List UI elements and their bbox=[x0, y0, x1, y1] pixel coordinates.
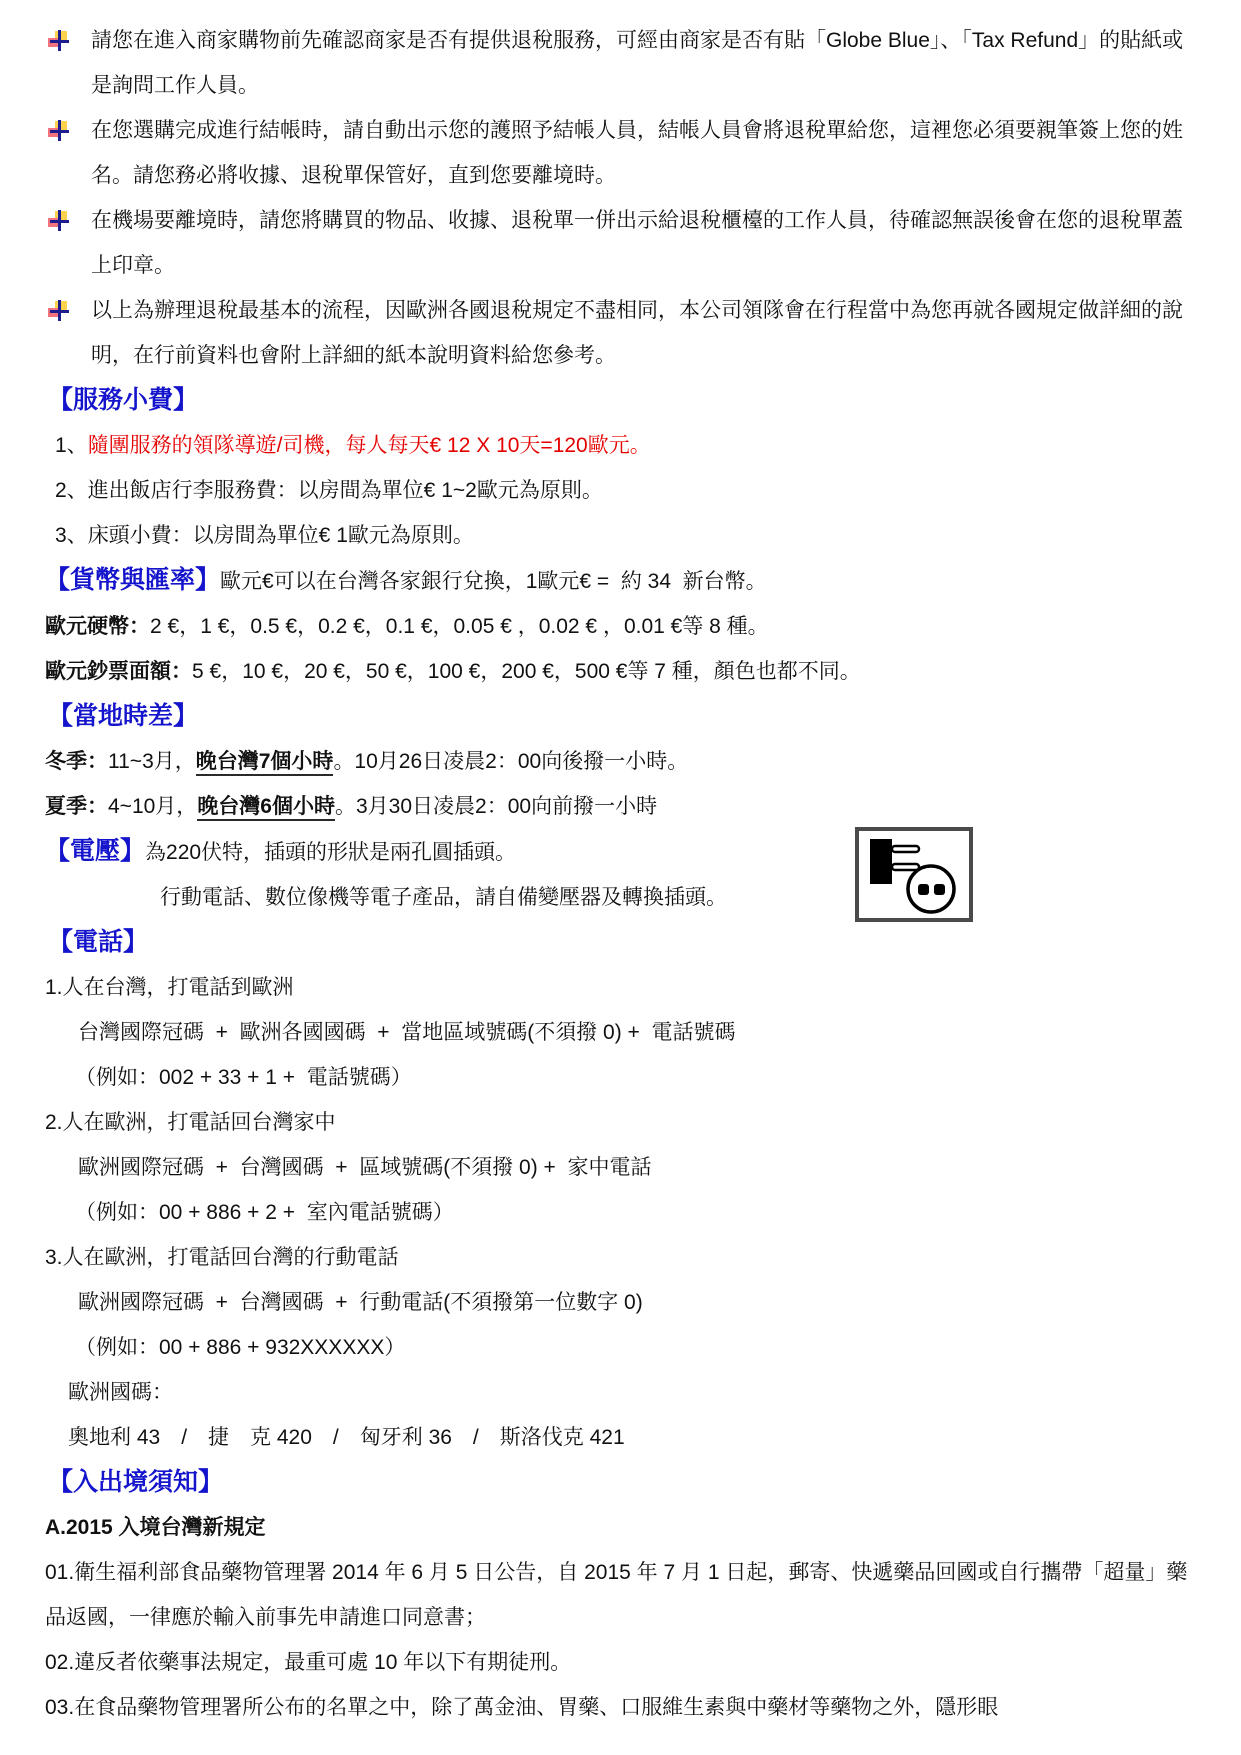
voltage-line2: 行動電話、數位像機等電子產品，請自備變壓器及轉換插頭。 bbox=[45, 875, 1201, 920]
section-heading-currency: 【貨幣與匯率】 bbox=[45, 566, 220, 594]
document-page: 請您在進入商家購物前先確認商家是否有提供退稅服務，可經由商家是否有貼「Globe… bbox=[0, 0, 1241, 1755]
phone-item-example: （例如：002 + 33 + 1 + 電話號碼） bbox=[45, 1055, 1201, 1100]
winter-label: 冬季： bbox=[45, 750, 108, 773]
entry-rule-item: 03.在食品藥物管理署所公布的名單之中，除了萬金油、胃藥、口服維生素與中藥材等藥… bbox=[45, 1685, 1201, 1730]
tax-refund-bullet: 以上為辦理退稅最基本的流程，因歐洲各國退稅規定不盡相同，本公司領隊會在行程當中為… bbox=[45, 288, 1201, 378]
summer-post: 。3月30日凌晨2：00向前撥一小時 bbox=[335, 795, 657, 818]
phone-item-title: 2.人在歐洲，打電話回台灣家中 bbox=[45, 1100, 1201, 1145]
tip-number: 1、 bbox=[55, 434, 88, 457]
entry-subheading: A.2015 入境台灣新規定 bbox=[45, 1505, 1201, 1550]
coins-text: 2 €，1 €，0.5 €，0.2 €，0.1 €，0.05 € ，0.02 €… bbox=[150, 615, 769, 638]
phone-item-example: （例如：00 + 886 + 2 + 室內電話號碼） bbox=[45, 1190, 1201, 1235]
winter-pre: 11~3月， bbox=[108, 750, 196, 773]
section-heading-voltage: 【電壓】 bbox=[45, 837, 145, 865]
service-tip-item: 3、床頭小費：以房間為單位€ 1歐元為原則。 bbox=[45, 513, 1201, 558]
entry-rule-item: 02.違反者依藥事法規定，最重可處 10 年以下有期徒刑。 bbox=[45, 1640, 1201, 1685]
tip-number: 2、 bbox=[55, 479, 88, 502]
voltage-text1: 為220伏特，插頭的形狀是兩孔圓插頭。 bbox=[145, 841, 516, 864]
tax-refund-bullet: 請您在進入商家購物前先確認商家是否有提供退稅服務，可經由商家是否有貼「Globe… bbox=[45, 18, 1201, 108]
europe-codes-label: 歐洲國碼： bbox=[45, 1370, 1201, 1415]
time-diff-winter-line: 冬季：11~3月，晚台灣7個小時。10月26日凌晨2：00向後撥一小時。 bbox=[45, 739, 1201, 784]
tip-number: 3、 bbox=[55, 524, 88, 547]
section-heading-service-tips: 【服務小費】 bbox=[45, 378, 1201, 423]
bullet-marker-icon bbox=[47, 30, 70, 53]
currency-intro-text: 歐元€可以在台灣各家銀行兌換，1歐元€ = 約 34 新台幣。 bbox=[220, 570, 767, 593]
entry-rule-item: 01.衛生福利部食品藥物管理署 2014 年 6 月 5 日公告，自 2015 … bbox=[45, 1550, 1201, 1640]
bullet-marker-icon bbox=[47, 210, 70, 233]
winter-post: 。10月26日凌晨2：00向後撥一小時。 bbox=[333, 750, 688, 773]
banknotes-label: 歐元鈔票面額： bbox=[45, 660, 192, 683]
bullet-marker-icon bbox=[47, 120, 70, 143]
summer-label: 夏季： bbox=[45, 795, 108, 818]
time-diff-summer-line: 夏季：4~10月，晚台灣6個小時。3月30日凌晨2：00向前撥一小時 bbox=[45, 784, 1201, 829]
service-tip-item: 1、隨團服務的領隊導遊/司機，每人每天€ 12 X 10天=120歐元。 bbox=[45, 423, 1201, 468]
bullet-marker-icon bbox=[47, 300, 70, 323]
voltage-line1: 【電壓】為220伏特，插頭的形狀是兩孔圓插頭。 bbox=[45, 829, 1201, 875]
tax-refund-bullet-text: 在您選購完成進行結帳時，請自動出示您的護照予結帳人員，結帳人員會將退稅單給您，這… bbox=[91, 108, 1201, 198]
summer-emphasis: 晚台灣6個小時 bbox=[197, 795, 335, 821]
phone-item-example: （例如：00 + 886 + 932XXXXXX） bbox=[45, 1325, 1201, 1370]
currency-banknotes-line: 歐元鈔票面額：5 €，10 €，20 €，50 €，100 €，200 €，50… bbox=[45, 649, 1201, 694]
tax-refund-bullet-text: 請您在進入商家購物前先確認商家是否有提供退稅服務，可經由商家是否有貼「Globe… bbox=[91, 18, 1201, 108]
power-plug-socket-icon bbox=[855, 827, 973, 922]
tax-refund-bullet: 在機場要離境時，請您將購買的物品、收據、退稅單一併出示給退稅櫃檯的工作人員，待確… bbox=[45, 198, 1201, 288]
currency-intro-line: 【貨幣與匯率】歐元€可以在台灣各家銀行兌換，1歐元€ = 約 34 新台幣。 bbox=[45, 558, 1201, 604]
coins-label: 歐元硬幣： bbox=[45, 615, 150, 638]
tip-text: 隨團服務的領隊導遊/司機，每人每天€ 12 X 10天=120歐元。 bbox=[88, 434, 651, 457]
service-tip-item: 2、進出飯店行李服務費：以房間為單位€ 1~2歐元為原則。 bbox=[45, 468, 1201, 513]
phone-item-title: 1.人在台灣，打電話到歐洲 bbox=[45, 965, 1201, 1010]
winter-emphasis: 晚台灣7個小時 bbox=[196, 750, 334, 776]
tip-text: 床頭小費：以房間為單位€ 1歐元為原則。 bbox=[88, 524, 474, 547]
phone-item-formula: 台灣國際冠碼 + 歐洲各國國碼 + 當地區域號碼(不須撥 0) + 電話號碼 bbox=[45, 1010, 1201, 1055]
banknotes-text: 5 €，10 €，20 €，50 €，100 €，200 €，500 €等 7 … bbox=[192, 660, 861, 683]
tax-refund-bullet-text: 以上為辦理退稅最基本的流程，因歐洲各國退稅規定不盡相同，本公司領隊會在行程當中為… bbox=[91, 288, 1201, 378]
phone-item-formula: 歐洲國際冠碼 + 台灣國碼 + 區域號碼(不須撥 0) + 家中電話 bbox=[45, 1145, 1201, 1190]
voltage-section: 【電壓】為220伏特，插頭的形狀是兩孔圓插頭。 行動電話、數位像機等電子產品，請… bbox=[45, 829, 1201, 920]
tax-refund-bullet: 在您選購完成進行結帳時，請自動出示您的護照予結帳人員，結帳人員會將退稅單給您，這… bbox=[45, 108, 1201, 198]
section-heading-entry-exit: 【入出境須知】 bbox=[45, 1460, 1201, 1505]
europe-codes-values: 奧地利 43 / 捷 克 420 / 匈牙利 36 / 斯洛伐克 421 bbox=[45, 1415, 1201, 1460]
phone-item-title: 3.人在歐洲，打電話回台灣的行動電話 bbox=[45, 1235, 1201, 1280]
tip-text: 進出飯店行李服務費：以房間為單位€ 1~2歐元為原則。 bbox=[88, 479, 603, 502]
currency-coins-line: 歐元硬幣：2 €，1 €，0.5 €，0.2 €，0.1 €，0.05 € ，0… bbox=[45, 604, 1201, 649]
summer-pre: 4~10月， bbox=[108, 795, 197, 818]
phone-item-formula: 歐洲國際冠碼 + 台灣國碼 + 行動電話(不須撥第一位數字 0) bbox=[45, 1280, 1201, 1325]
section-heading-time-difference: 【當地時差】 bbox=[45, 694, 1201, 739]
section-heading-phone: 【電話】 bbox=[45, 920, 1201, 965]
tax-refund-bullet-text: 在機場要離境時，請您將購買的物品、收據、退稅單一併出示給退稅櫃檯的工作人員，待確… bbox=[91, 198, 1201, 288]
